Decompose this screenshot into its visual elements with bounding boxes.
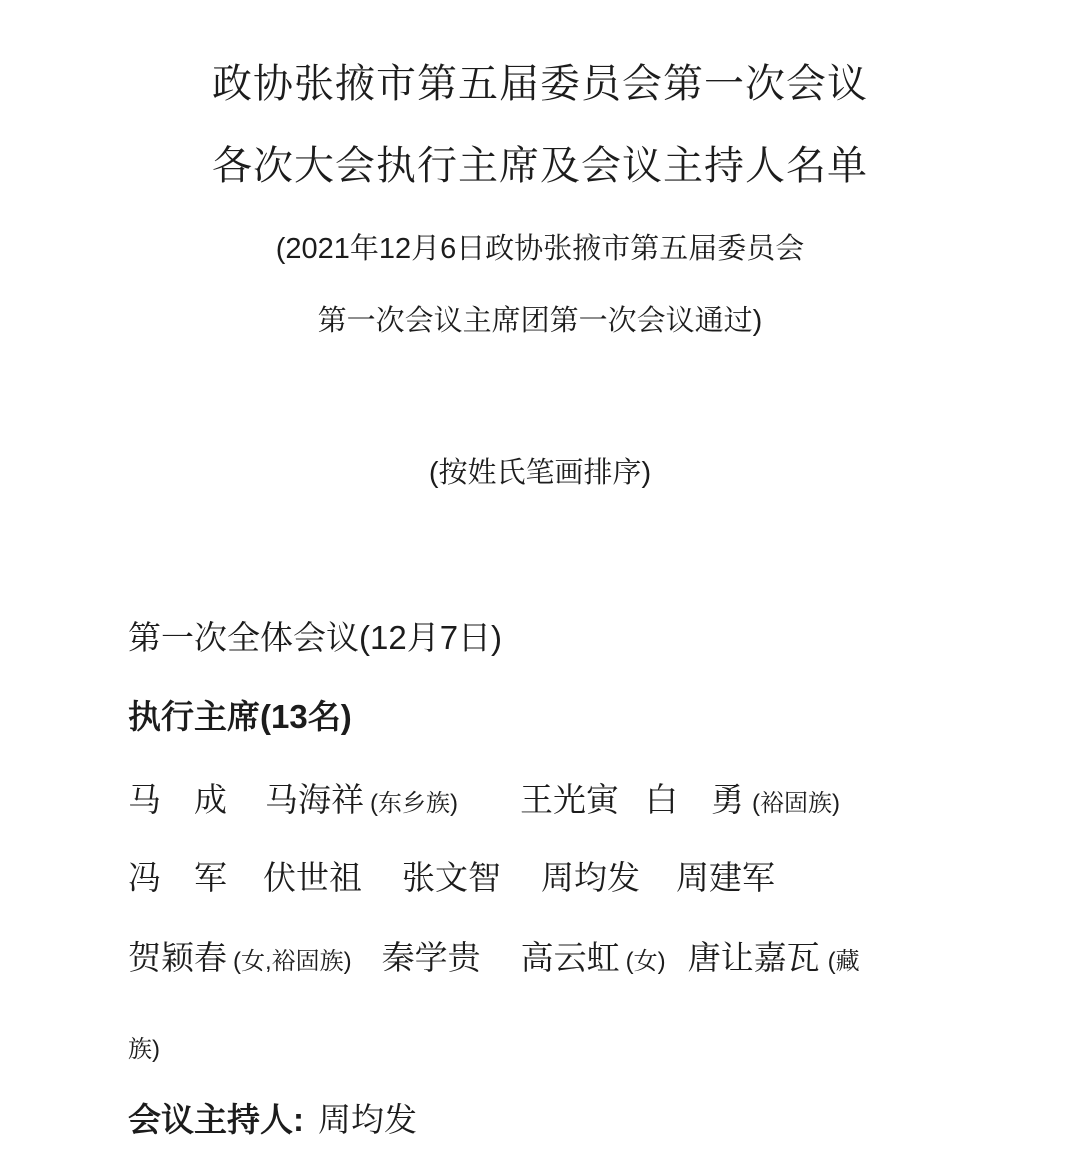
meeting-host-name: 周均发 bbox=[318, 1101, 417, 1138]
document-page: 政协张掖市第五届委员会第一次会议 各次大会执行主席及会议主持人名单 (2021年… bbox=[0, 0, 1080, 1164]
executive-chairs-row-4: 族) bbox=[128, 1026, 160, 1066]
approval-note-line-2: 第一次会议主席团第一次会议通过) bbox=[0, 304, 1080, 339]
ethnic-annotation: (女,裕固族) bbox=[233, 948, 352, 975]
document-title-line-1: 政协张掖市第五届委员会第一次会议 bbox=[0, 60, 1080, 108]
person-name: 周建军 bbox=[676, 859, 775, 896]
person-name: 马海祥 bbox=[265, 781, 364, 818]
person-name: 唐让嘉瓦 bbox=[688, 939, 820, 976]
person-name: 马 成 bbox=[128, 781, 227, 818]
person-name: 王光寅 bbox=[520, 781, 619, 818]
person-name: 白 勇 bbox=[645, 781, 744, 818]
meeting-host-line: 会议主持人:周均发 bbox=[128, 1100, 417, 1140]
ethnic-annotation-continued: 族) bbox=[128, 1036, 160, 1063]
ethnic-annotation: (裕固族) bbox=[752, 790, 840, 817]
meeting-host-label: 会议主持人: bbox=[128, 1101, 304, 1138]
approval-note-line-1: (2021年12月6日政协张掖市第五届委员会 bbox=[0, 232, 1080, 267]
person-name: 高云虹 bbox=[521, 939, 620, 976]
person-name: 周均发 bbox=[541, 859, 640, 896]
session-heading: 第一次全体会议(12月7日) bbox=[128, 618, 502, 658]
executive-chairs-row-1: 马 成马海祥(东乡族)王光寅白 勇(裕固族) bbox=[128, 780, 840, 820]
person-name: 贺颖春 bbox=[128, 939, 227, 976]
ethnic-annotation: (藏 bbox=[828, 948, 860, 975]
executive-chairs-row-2: 冯 军伏世祖张文智周均发周建军 bbox=[128, 858, 775, 898]
sort-order-note: (按姓氏笔画排序) bbox=[0, 456, 1080, 491]
person-name: 秦学贵 bbox=[382, 939, 481, 976]
person-name: 张文智 bbox=[402, 859, 501, 896]
executive-chairs-row-3: 贺颖春(女,裕固族)秦学贵高云虹(女)唐让嘉瓦(藏 bbox=[128, 938, 860, 978]
executive-chair-heading: 执行主席(13名) bbox=[128, 697, 352, 737]
document-title-line-2: 各次大会执行主席及会议主持人名单 bbox=[0, 142, 1080, 190]
person-name: 伏世祖 bbox=[263, 859, 362, 896]
person-name: 冯 军 bbox=[128, 859, 227, 896]
ethnic-annotation: (东乡族) bbox=[370, 790, 458, 817]
ethnic-annotation: (女) bbox=[626, 948, 666, 975]
